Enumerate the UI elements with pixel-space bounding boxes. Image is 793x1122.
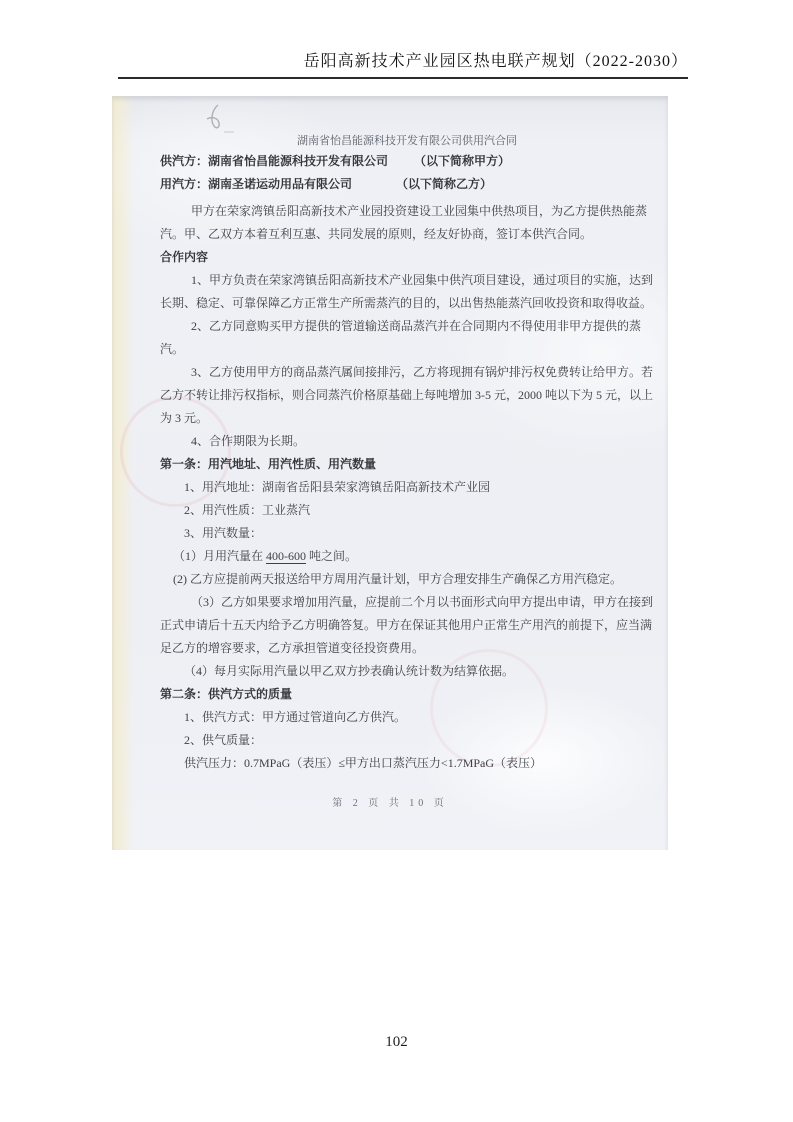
article1-subitem-2: (2) 乙方应提前两天报送给甲方周用汽量计划，甲方合理安排生产确保乙方用汽稳定。 <box>173 568 654 591</box>
supplier-party-line: 供汽方：湖南省怡昌能源科技开发有限公司（以下简称甲方） <box>160 150 654 173</box>
cooperation-item-3: 3、乙方使用甲方的商品蒸汽属间接排污，乙方将现拥有锅炉排污权免费转让给甲方。若乙… <box>160 361 654 430</box>
article1-item-3: 3、用汽数量： <box>184 522 654 545</box>
subitem1-suffix: 吨之间。 <box>306 549 357 563</box>
subitem1-prefix: （1）月用汽量在 <box>173 549 266 563</box>
scanned-contract-page: 湖南省怡昌能源科技开发有限公司供用汽合同 供汽方：湖南省怡昌能源科技开发有限公司… <box>112 96 668 850</box>
intro-paragraph: 甲方在荣家湾镇岳阳高新技术产业园投资建设工业园集中供热项目，为乙方提供热能蒸汽。… <box>160 200 654 246</box>
article2-heading: 第二条：供汽方式的质量 <box>160 683 654 706</box>
article1-item-2: 2、用汽性质：工业蒸汽 <box>184 499 654 522</box>
monthly-quantity-value: 400-600 <box>266 549 306 563</box>
supplier-alias: （以下简称甲方） <box>414 154 510 168</box>
document-header-title: 岳阳高新技术产业园区热电联产规划（2022-2030） <box>118 48 688 79</box>
document-page-number: 102 <box>0 1034 793 1051</box>
article2-item-1: 1、供汽方式：甲方通过管道向乙方供汽。 <box>184 706 654 729</box>
article1-heading: 第一条：用汽地址、用汽性质、用汽数量 <box>160 453 654 476</box>
cooperation-item-2: 2、乙方同意购买甲方提供的管道输送商品蒸汽并在合同期内不得使用非甲方提供的蒸汽。 <box>160 315 654 361</box>
article2-item-2: 2、供气质量： <box>184 729 654 752</box>
consumer-name: 用汽方：湖南圣诺运动用品有限公司 <box>160 177 352 191</box>
cooperation-heading: 合作内容 <box>160 246 654 269</box>
scan-page-footer: 第 2 页 共 10 页 <box>112 794 668 809</box>
article1-item-1: 1、用汽地址：湖南省岳阳县荣家湾镇岳阳高新技术产业园 <box>184 476 654 499</box>
cooperation-item-4: 4、合作期限为长期。 <box>160 430 654 453</box>
article1-subitem-4: （4）每月实际用汽量以甲乙双方抄表确认统计数为结算依据。 <box>184 660 654 683</box>
consumer-alias: （以下简称乙方） <box>396 177 492 191</box>
article1-subitem-3: （3）乙方如果要求增加用汽量，应提前二个月以书面形式向甲方提出申请，甲方在接到正… <box>160 591 654 660</box>
consumer-party-line: 用汽方：湖南圣诺运动用品有限公司（以下简称乙方） <box>160 173 654 196</box>
contract-title: 湖南省怡昌能源科技开发有限公司供用汽合同 <box>160 132 654 150</box>
contract-body: 湖南省怡昌能源科技开发有限公司供用汽合同 供汽方：湖南省怡昌能源科技开发有限公司… <box>112 96 668 850</box>
article1-subitem-1: （1）月用汽量在 400-600 吨之间。 <box>173 545 654 568</box>
cooperation-item-1: 1、甲方负责在荣家湾镇岳阳高新技术产业园集中供汽项目建设，通过项目的实施，达到长… <box>160 269 654 315</box>
steam-pressure-line: 供汽压力：0.7MPaG（表压）≤甲方出口蒸汽压力<1.7MPaG（表压） <box>184 752 654 775</box>
supplier-name: 供汽方：湖南省怡昌能源科技开发有限公司 <box>160 154 388 168</box>
